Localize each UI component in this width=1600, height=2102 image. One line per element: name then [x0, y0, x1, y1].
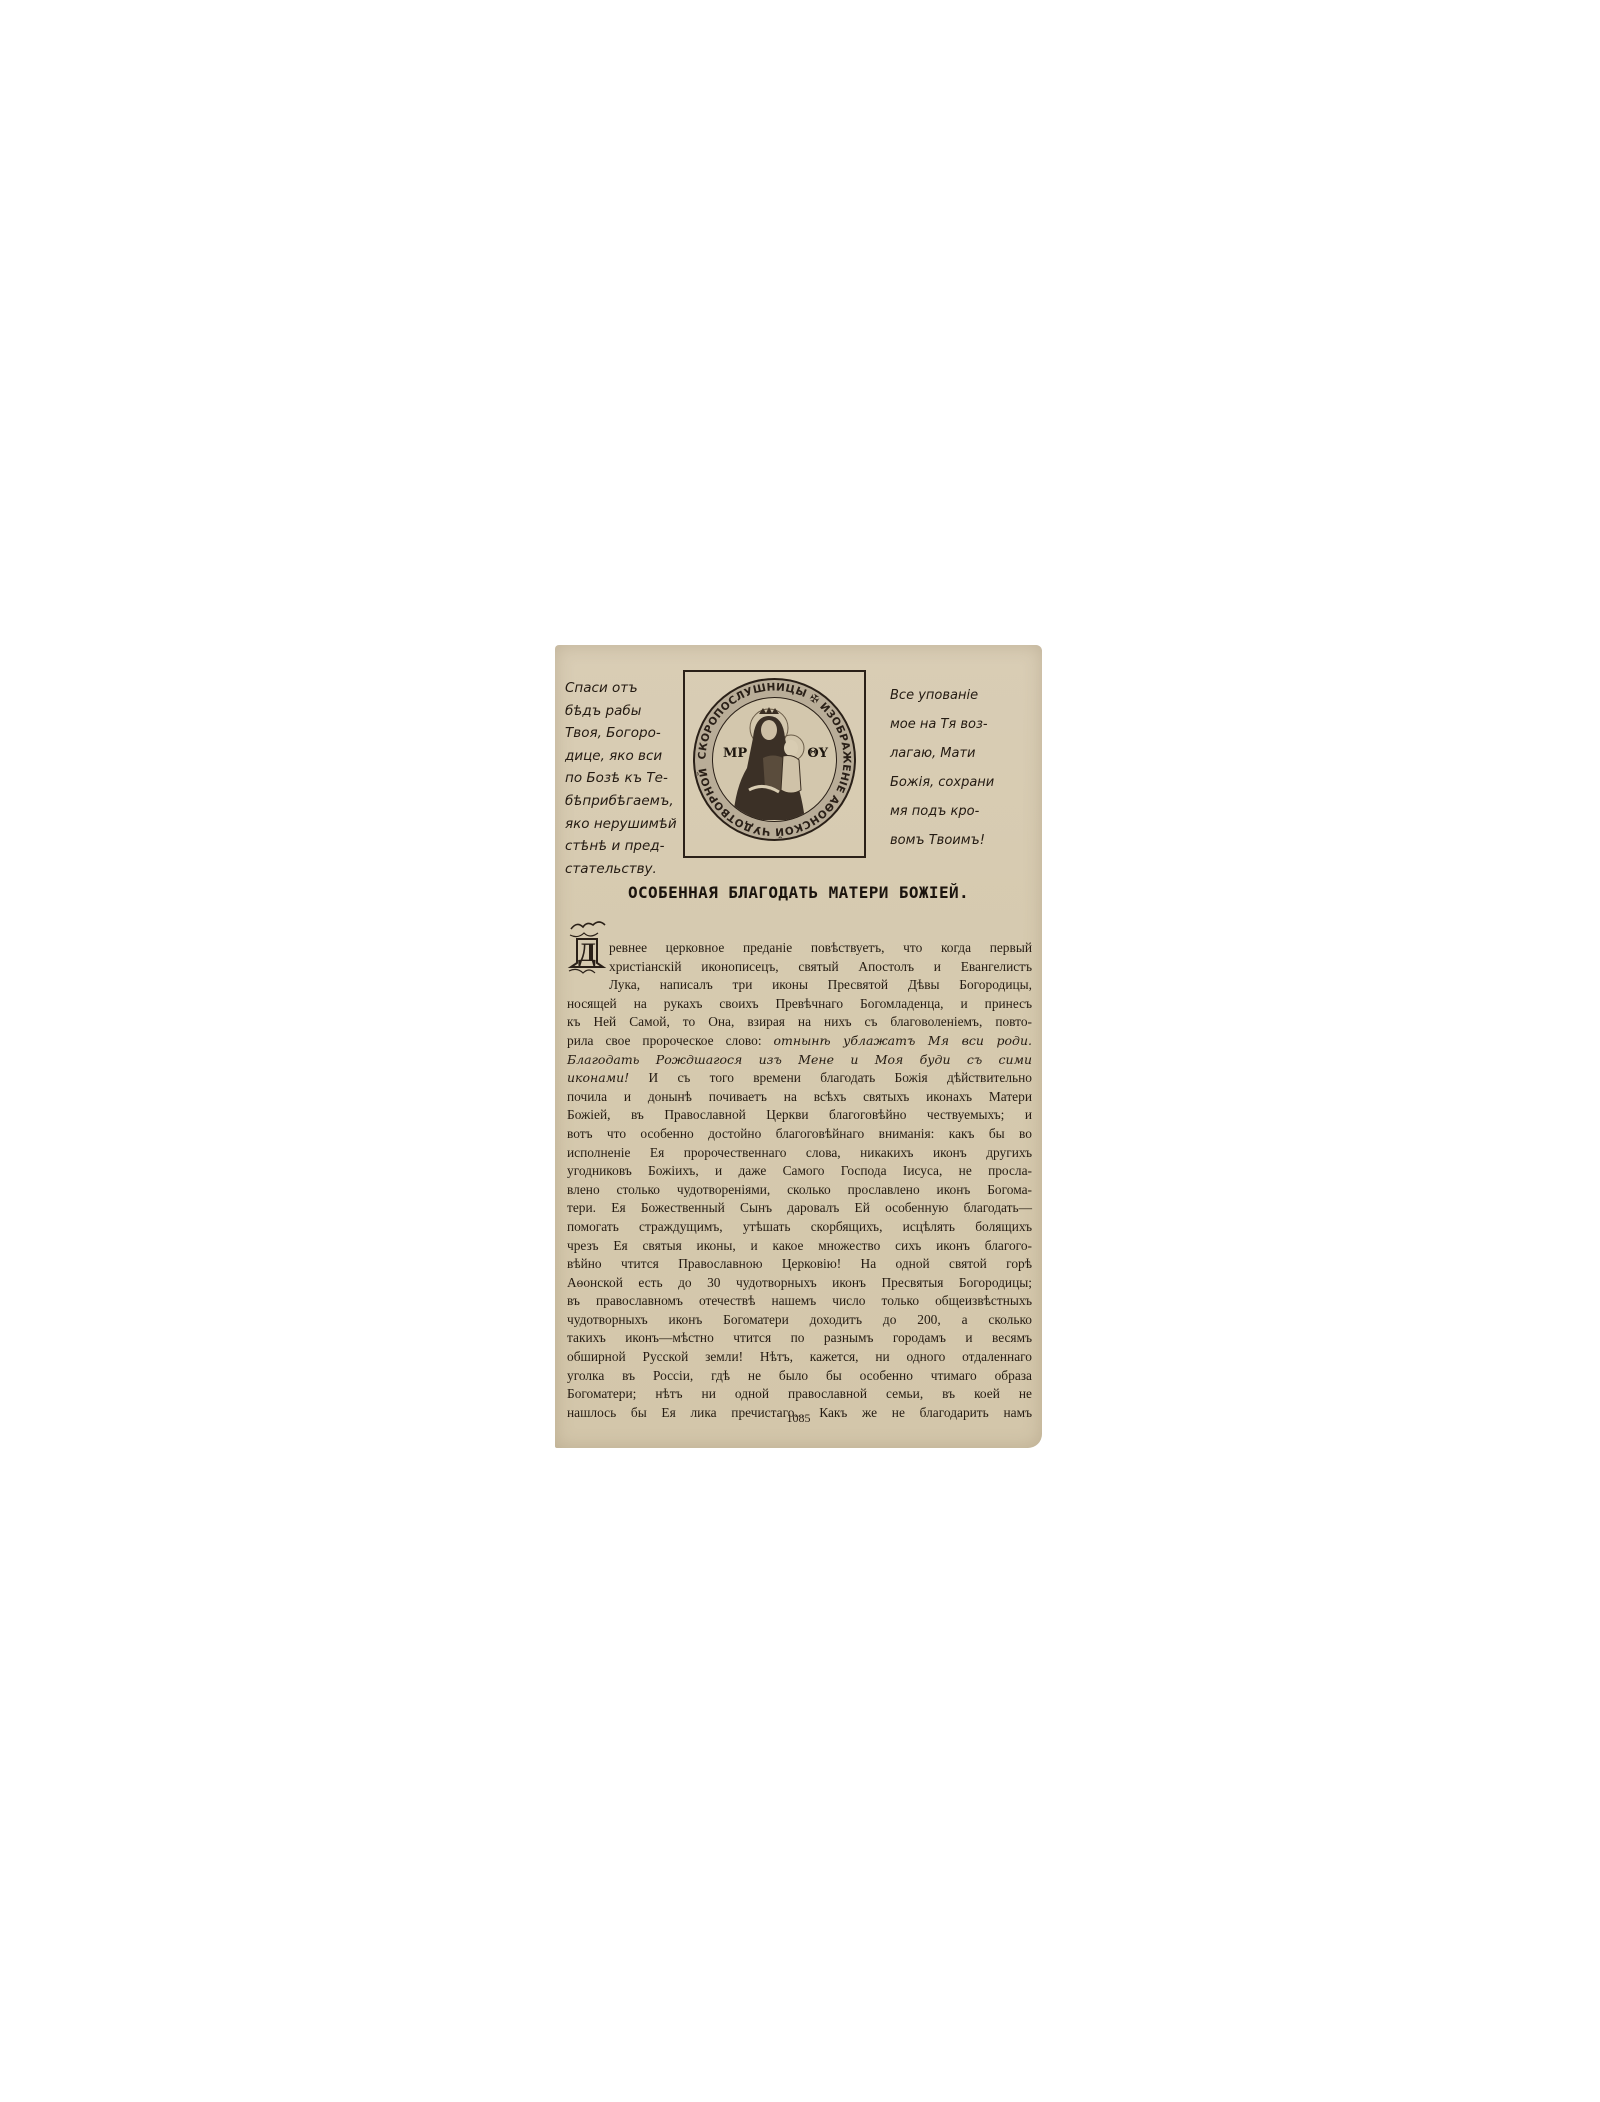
left-prayer-line: яко нерушимѣй [565, 813, 677, 836]
monogram-christ: ΘΥ [807, 746, 828, 761]
text-line: иконами! И съ того времени благодать Бож… [567, 1069, 1032, 1088]
right-prayer-line: лагаю, Мати [890, 739, 1014, 768]
right-margin-prayer: Все упованіемое на Тя воз-лагаю, МатиБож… [890, 681, 1014, 855]
text-line: Богоматери; нѣтъ ни одной православной с… [567, 1385, 1032, 1404]
text-line: почила и донынѣ почиваетъ на всѣхъ святы… [567, 1088, 1032, 1107]
text-line: влено столько чудотвореніями, сколько пр… [567, 1181, 1032, 1200]
monogram-mother-of-god: МР [723, 746, 747, 761]
text-line: вѣйно чтится Православною Церковію! На о… [567, 1255, 1032, 1274]
text-line: Благодать Рождшагося изъ Мене и Моя буди… [567, 1051, 1032, 1070]
text-line: исполненіе Ея пророчественнаго слова, ни… [567, 1144, 1032, 1163]
icon-medallion: СКОРОПОСЛУШНИЦЫ ✠ ИЗОБРАЖЕНІЕ АѲОНСКОЙ Ч… [693, 678, 856, 841]
right-prayer-line: вомъ Твоимъ! [890, 826, 1014, 855]
right-prayer-line: Все упованіе [890, 681, 1014, 710]
page-number: 1085 [555, 1411, 1042, 1426]
left-margin-prayer: Спаси отъбѣдъ рабыТвоя, Богоро-дице, яко… [565, 677, 677, 880]
left-prayer-line: по Бозѣ къ Те- [565, 767, 677, 790]
text-line: обширной Русской земли! Нѣтъ, кажется, н… [567, 1348, 1032, 1367]
madonna-and-child-icon: МР ΘΥ [712, 697, 837, 822]
text-line: христіанскій иконописецъ, святый Апостол… [567, 958, 1032, 977]
text-line: Божіей, въ Православной Церкви благоговѣ… [567, 1106, 1032, 1125]
right-prayer-line: Божія, сохрани [890, 768, 1014, 797]
right-prayer-line: мое на Тя воз- [890, 710, 1014, 739]
article-body: ревнее церковное преданіе повѣствуетъ, ч… [567, 939, 1032, 1422]
left-prayer-line: бѣдъ рабы [565, 700, 677, 723]
left-prayer-line: Твоя, Богоро- [565, 722, 677, 745]
text-line: чудотворныхъ иконъ Богоматери доходитъ д… [567, 1311, 1032, 1330]
text-line: тери. Ея Божественный Сынъ даровалъ Ей о… [567, 1199, 1032, 1218]
text-line: такихъ иконъ—мѣстно чтится по разнымъ го… [567, 1329, 1032, 1348]
text-line: Аѳонской есть до 30 чудотворныхъ иконъ П… [567, 1274, 1032, 1293]
text-line: рила свое пророческое слово: отнынѣ убла… [567, 1032, 1032, 1051]
text-line: ревнее церковное преданіе повѣствуетъ, ч… [567, 939, 1032, 958]
text-line: носящей на рукахъ своихъ Превѣчнаго Бого… [567, 995, 1032, 1014]
text-line: къ Ней Самой, то Она, взирая на нихъ съ … [567, 1013, 1032, 1032]
left-prayer-line: стѣнѣ и пред- [565, 835, 677, 858]
left-prayer-line: стательству. [565, 858, 677, 881]
text-line: въ православномъ отечествѣ нашемъ число … [567, 1292, 1032, 1311]
text-line: уголка въ Россіи, гдѣ не было бы особенн… [567, 1367, 1032, 1386]
text-line: вотъ что особенно достойно благоговѣйнаг… [567, 1125, 1032, 1144]
left-prayer-line: бѣприбѣгаемъ, [565, 790, 677, 813]
text-line: угодниковъ Божіихъ, и даже Самого Господ… [567, 1162, 1032, 1181]
icon-illustration-frame: СКОРОПОСЛУШНИЦЫ ✠ ИЗОБРАЖЕНІЕ АѲОНСКОЙ Ч… [683, 670, 866, 858]
book-page: Спаси отъбѣдъ рабыТвоя, Богоро-дице, яко… [555, 645, 1042, 1448]
text-line: помогать страждущимъ, утѣшать скорбящихъ… [567, 1218, 1032, 1237]
right-prayer-line: мя подъ кро- [890, 797, 1014, 826]
left-prayer-line: Спаси отъ [565, 677, 677, 700]
left-prayer-line: дице, яко вси [565, 745, 677, 768]
text-line: Лука, написалъ три иконы Пресвятой Дѣвы … [567, 976, 1032, 995]
article-title: ОСОБЕННАЯ БЛАГОДАТЬ МАТЕРИ БОЖІЕЙ. [555, 883, 1042, 902]
text-line: чрезъ Ея святыя иконы, и какое множество… [567, 1237, 1032, 1256]
